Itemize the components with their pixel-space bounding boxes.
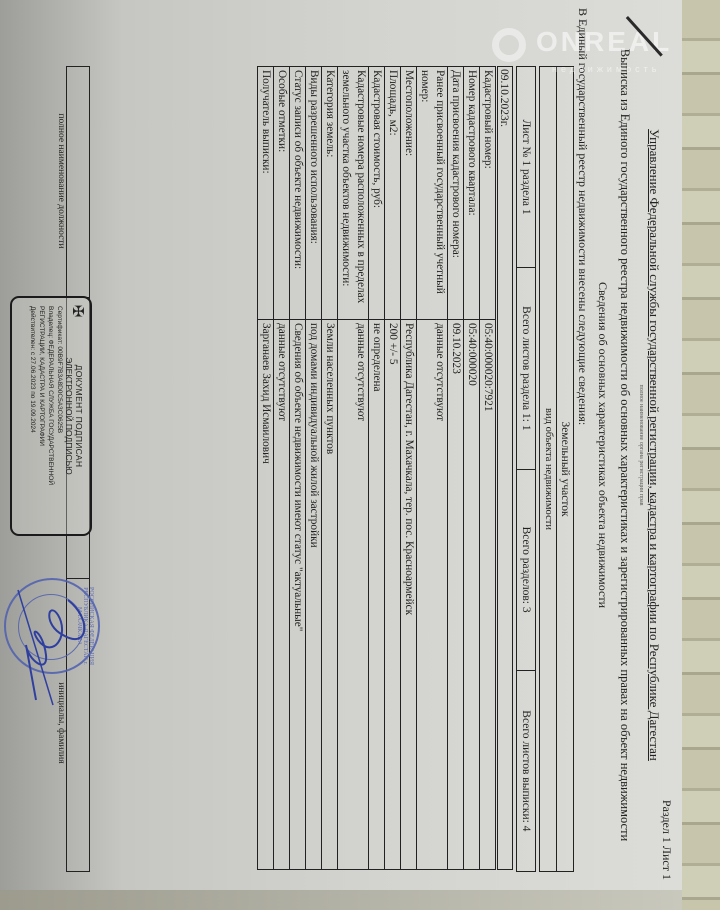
row-label: Ранее присвоенный государственный учетны… [417,67,448,320]
characteristics-table: Кадастровый номер:05:40:000020:7921Номер… [257,66,496,870]
issuing-authority: Управление Федеральной службы государств… [646,0,662,890]
row-value: Зарганаев Захид Исмаилович [258,320,274,870]
table-row: Номер кадастрового квартала:05:40:000020 [464,67,480,870]
watermark-tagline: недвижимость [552,64,660,74]
document-subtitle: Сведения об основных характеристиках объ… [595,0,610,890]
handwritten-signature [8,580,98,710]
row-value: Сведения об объекте недвижимости имеют с… [290,320,306,870]
background-floor [0,888,682,910]
row-label: Особые отметки: [274,67,290,320]
table-row: Кадастровые номера расположенных в преде… [338,67,369,870]
row-label: Получатель выписки: [258,67,274,320]
row-value: 200 +/- 5 [385,320,401,870]
document-title: Выписка из Единого государственного реес… [617,0,632,890]
section-sheets-total: Всего листов раздела 1: 1 [517,268,535,469]
esig-owner: Владелец: ФЕДЕРАЛЬНАЯ СЛУЖБА ГОСУДАРСТВЕ… [46,298,55,534]
object-type: Земельный участок [556,67,573,871]
eagle-emblem-icon: ✠ [68,302,86,320]
row-label: Статус записи об объекте недвижимости: [290,67,306,320]
object-type-caption: вид объекта недвижимости [540,67,556,871]
table-row: Кадастровый номер:05:40:000020:7921 [480,67,496,870]
sheet-info-row: Лист № 1 раздела 1 Всего листов раздела … [516,66,536,872]
table-row: Особые отметки:данные отсутствуют [274,67,290,870]
row-value: под домами индивидуальной жилой застройк… [306,320,322,870]
row-label: Виды разрешенного использования: [306,67,322,320]
esig-line1: ДОКУМЕНТ ПОДПИСАН [74,298,84,534]
table-row: Виды разрешенного использования:под дома… [306,67,322,870]
house-logo-icon [492,28,526,62]
sections-total: Всего разделов: 3 [517,470,535,671]
table-row: Ранее присвоенный государственный учетны… [417,67,448,870]
extract-date: 09.10.2023г. [497,66,513,870]
table-row: Категория земель:Земли населенных пункто… [322,67,338,870]
table-row: Местоположение:Республика Дагестан, г. М… [401,67,417,870]
row-label: Площадь, м2: [385,67,401,320]
object-type-box: Земельный участок вид объекта недвижимос… [539,66,574,872]
row-value: 05:40:000020 [464,320,480,870]
row-value: не определена [369,320,385,870]
electronic-signature-box: ✠ ДОКУМЕНТ ПОДПИСАН ЭЛЕКТРОННОЙ ПОДПИСЬЮ… [10,296,92,536]
esig-valid: Действителен: с 27.06.2023 по 19.09.2024 [28,298,37,534]
table-row: Кадастровая стоимость, руб:не определена [369,67,385,870]
esig-owner2: РЕГИСТРАЦИИ, КАДАСТРА И КАРТОГРАФИИ [37,298,46,534]
row-label: Номер кадастрового квартала: [464,67,480,320]
row-label: Кадастровая стоимость, руб: [369,67,385,320]
row-label: Дата присвоения кадастрового номера: [448,67,464,320]
position-cell [67,67,89,298]
row-value: Республика Дагестан, г. Махачкала, тер. … [401,320,417,870]
row-value: 05:40:000020:7921 [480,320,496,870]
table-row: Дата присвоения кадастрового номера:09.1… [448,67,464,870]
background-wall [682,0,720,910]
row-value: данные отсутствуют [417,320,448,870]
row-label: Кадастровые номера расположенных в преде… [338,67,369,320]
document-page: Раздел 1 Лист 1 Управление Федеральной с… [0,0,682,890]
row-label: Кадастровый номер: [480,67,496,320]
row-label: Категория земель: [322,67,338,320]
row-value: данные отсутствуют [338,320,369,870]
document-photo: Раздел 1 Лист 1 Управление Федеральной с… [0,0,682,890]
position-caption: полное наименование должности [56,66,66,296]
row-value: данные отсутствуют [274,320,290,870]
row-label: Местоположение: [401,67,417,320]
row-value: Земли населенных пунктов [322,320,338,870]
extract-sheets-total: Всего листов выписки: 4 [517,671,535,871]
table-row: Получатель выписки:Зарганаев Захид Исмаи… [258,67,274,870]
esig-certificate: Сертификат: 00B9F7B3A8D0C5A3C0625B [55,298,64,534]
table-row: Площадь, м2:200 +/- 5 [385,67,401,870]
row-value: 09.10.2023 [448,320,464,870]
table-row: Статус записи об объекте недвижимости:Св… [290,67,306,870]
authority-caption: полное наименование органа регистрации п… [638,0,644,890]
sheet-number: Лист № 1 раздела 1 [517,67,535,268]
esig-line2: ЭЛЕКТРОННОЙ ПОДПИСЬЮ [64,298,74,534]
